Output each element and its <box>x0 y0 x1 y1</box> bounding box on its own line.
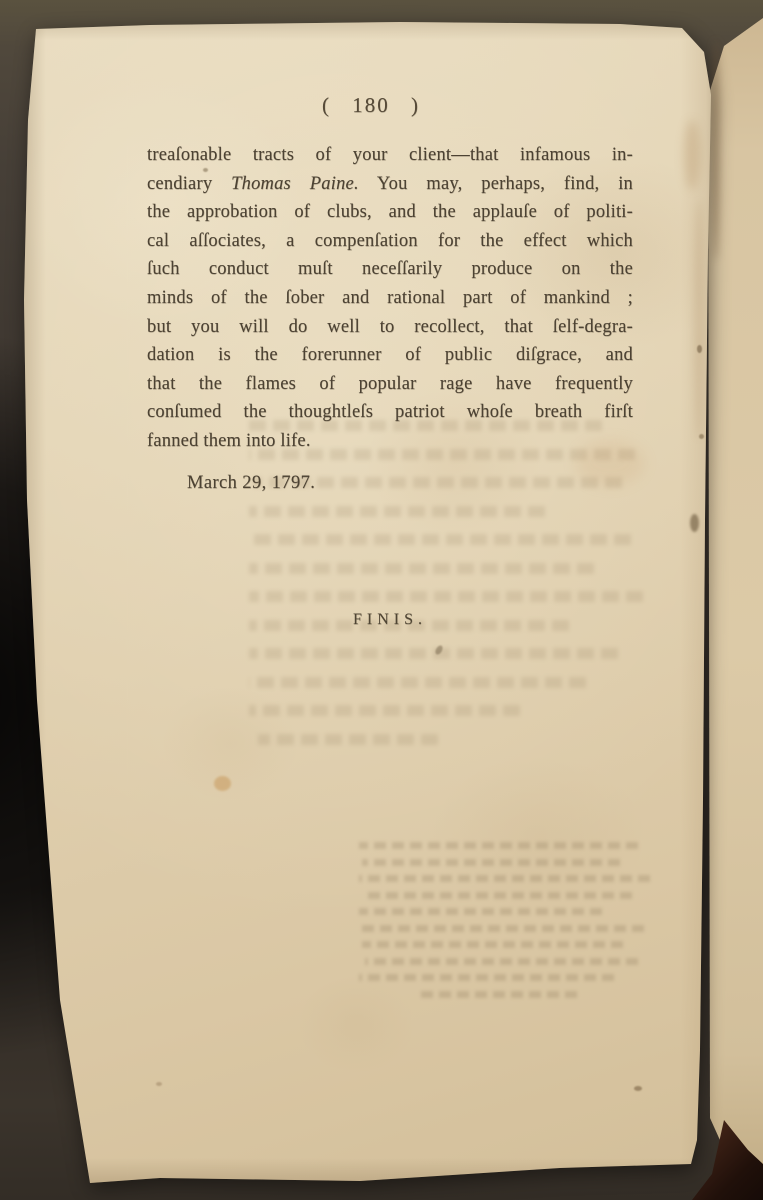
page-number-header: ( 180 ) <box>128 93 614 118</box>
paragraph-line: conſumed the thoughtleſs patriot whoſe b… <box>147 398 633 427</box>
paragraph-line: treaſonable tracts of your client—that i… <box>147 141 633 170</box>
paragraph-line: cal aſſociates, a compenſation for the e… <box>147 227 633 256</box>
paragraph-line: cendiary Thomas Paine. You may, perhaps,… <box>147 170 633 199</box>
italic-name: Thomas Paine. <box>231 174 359 194</box>
paragraph-line: that the flames of popular rage have fre… <box>147 370 633 399</box>
printed-text-layer: ( 180 ) treaſonable tracts of your clien… <box>0 0 763 1200</box>
body-paragraph: treaſonable tracts of your client—that i… <box>147 141 633 456</box>
paragraph-line: minds of the ſober and rational part of … <box>147 284 633 313</box>
finis-label: FINIS. <box>147 611 633 629</box>
paragraph-line: but you will do well to recollect, that … <box>147 313 633 342</box>
paragraph-line: the approbation of clubs, and the applau… <box>147 198 633 227</box>
paragraph-line: dation is the forerunner of public diſgr… <box>147 341 633 370</box>
date-line: March 29, 1797. <box>187 473 315 494</box>
paragraph-line: ſuch conduct muſt neceſſarily produce on… <box>147 255 633 284</box>
paragraph-line: fanned them into life. <box>147 427 633 456</box>
scan-background: ( 180 ) treaſonable tracts of your clien… <box>0 0 763 1200</box>
